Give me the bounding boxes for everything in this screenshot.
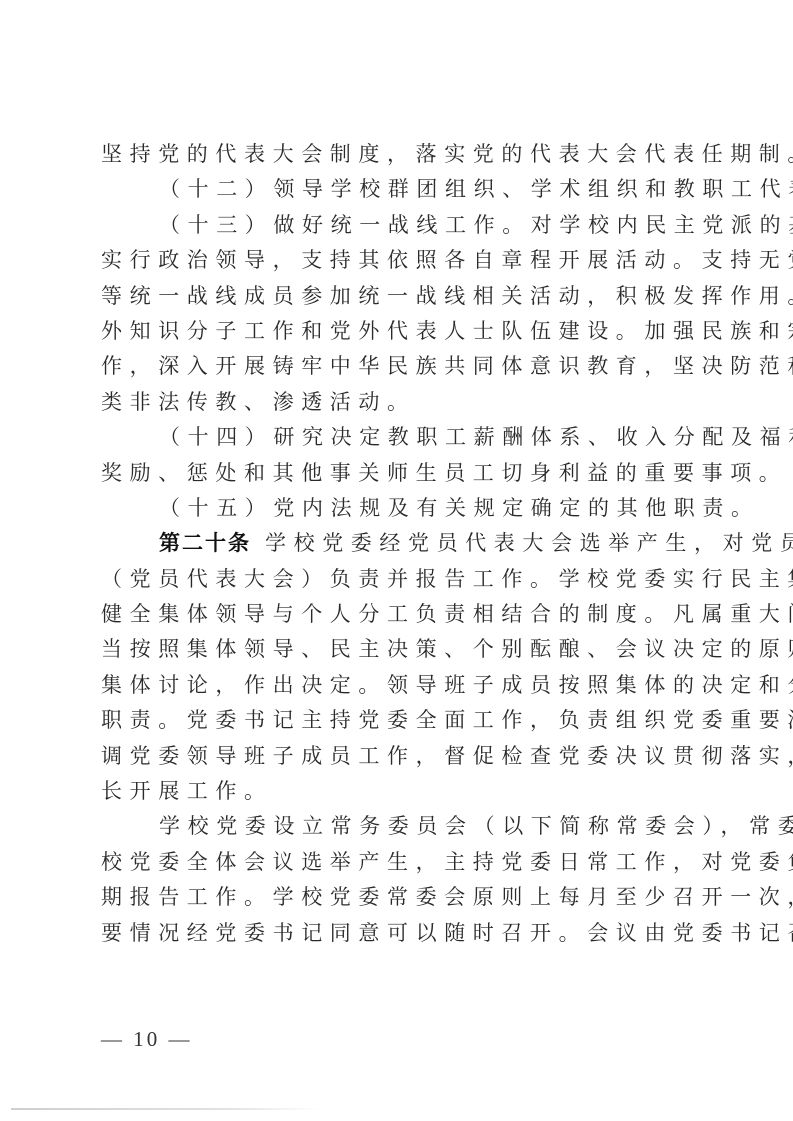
text-line: 外知识分子工作和党外代表人士队伍建设。加强民族和宗教工 bbox=[101, 314, 683, 349]
list-item-14: （十四）研究决定教职工薪酬体系、收入分配及福利待遇、 bbox=[101, 420, 683, 455]
text-line: 等统一战线成员参加统一战线相关活动，积极发挥作用。加强党 bbox=[101, 279, 683, 314]
text-line: 学校党委经党员代表大会选举产生，对党员大会 bbox=[265, 531, 793, 555]
text-line: 奖励、惩处和其他事关师生员工切身利益的重要事项。 bbox=[101, 456, 683, 491]
text-line: 要情况经党委书记同意可以随时召开。会议由党委书记召集并主 bbox=[101, 916, 683, 951]
list-item-15: （十五）党内法规及有关规定确定的其他职责。 bbox=[101, 491, 683, 526]
text-line: （党员代表大会）负责并报告工作。学校党委实行民主集中制， bbox=[101, 562, 683, 597]
list-item-12: （十二）领导学校群团组织、学术组织和教职工代表大会。 bbox=[101, 172, 683, 207]
scan-edge-line bbox=[11, 1108, 321, 1110]
text-line: 作，深入开展铸牢中华民族共同体意识教育，坚决防范和抵御各 bbox=[101, 349, 683, 384]
paragraph-start: 学校党委设立常务委员会（以下简称常委会），常委会由学 bbox=[101, 809, 683, 844]
text-line: 类非法传教、渗透活动。 bbox=[101, 385, 683, 420]
text-line: 当按照集体领导、民主决策、个别酝酿、会议决定的原则由党委 bbox=[101, 632, 683, 667]
text-line: 集体讨论，作出决定。领导班子成员按照集体的决定和分工履行 bbox=[101, 668, 683, 703]
article-heading: 第二十条 bbox=[159, 531, 251, 555]
text-line: 健全集体领导与个人分工负责相结合的制度。凡属重大问题都应 bbox=[101, 597, 683, 632]
text-line: 期报告工作。学校党委常委会原则上每月至少召开一次，遇有重 bbox=[101, 880, 683, 915]
text-line: 校党委全体会议选举产生，主持党委日常工作，对党委负责并定 bbox=[101, 845, 683, 880]
text-line: 实行政治领导，支持其依照各自章程开展活动。支持无党派人士 bbox=[101, 243, 683, 278]
text-line: 职责。党委书记主持党委全面工作，负责组织党委重要活动，协 bbox=[101, 703, 683, 738]
page-number: — 10 — bbox=[101, 1027, 193, 1052]
document-body: 坚持党的代表大会制度，落实党的代表大会代表任期制。 （十二）领导学校群团组织、学… bbox=[101, 137, 683, 951]
article-20-first-line: 第二十条学校党委经党员代表大会选举产生，对党员大会 bbox=[101, 526, 683, 561]
text-line: 长开展工作。 bbox=[101, 774, 683, 809]
text-line: 调党委领导班子成员工作，督促检查党委决议贯彻落实，支持校 bbox=[101, 739, 683, 774]
text-line: 坚持党的代表大会制度，落实党的代表大会代表任期制。 bbox=[101, 137, 683, 172]
document-page: 坚持党的代表大会制度，落实党的代表大会代表任期制。 （十二）领导学校群团组织、学… bbox=[0, 0, 793, 1121]
list-item-13: （十三）做好统一战线工作。对学校内民主党派的基层组织 bbox=[101, 208, 683, 243]
